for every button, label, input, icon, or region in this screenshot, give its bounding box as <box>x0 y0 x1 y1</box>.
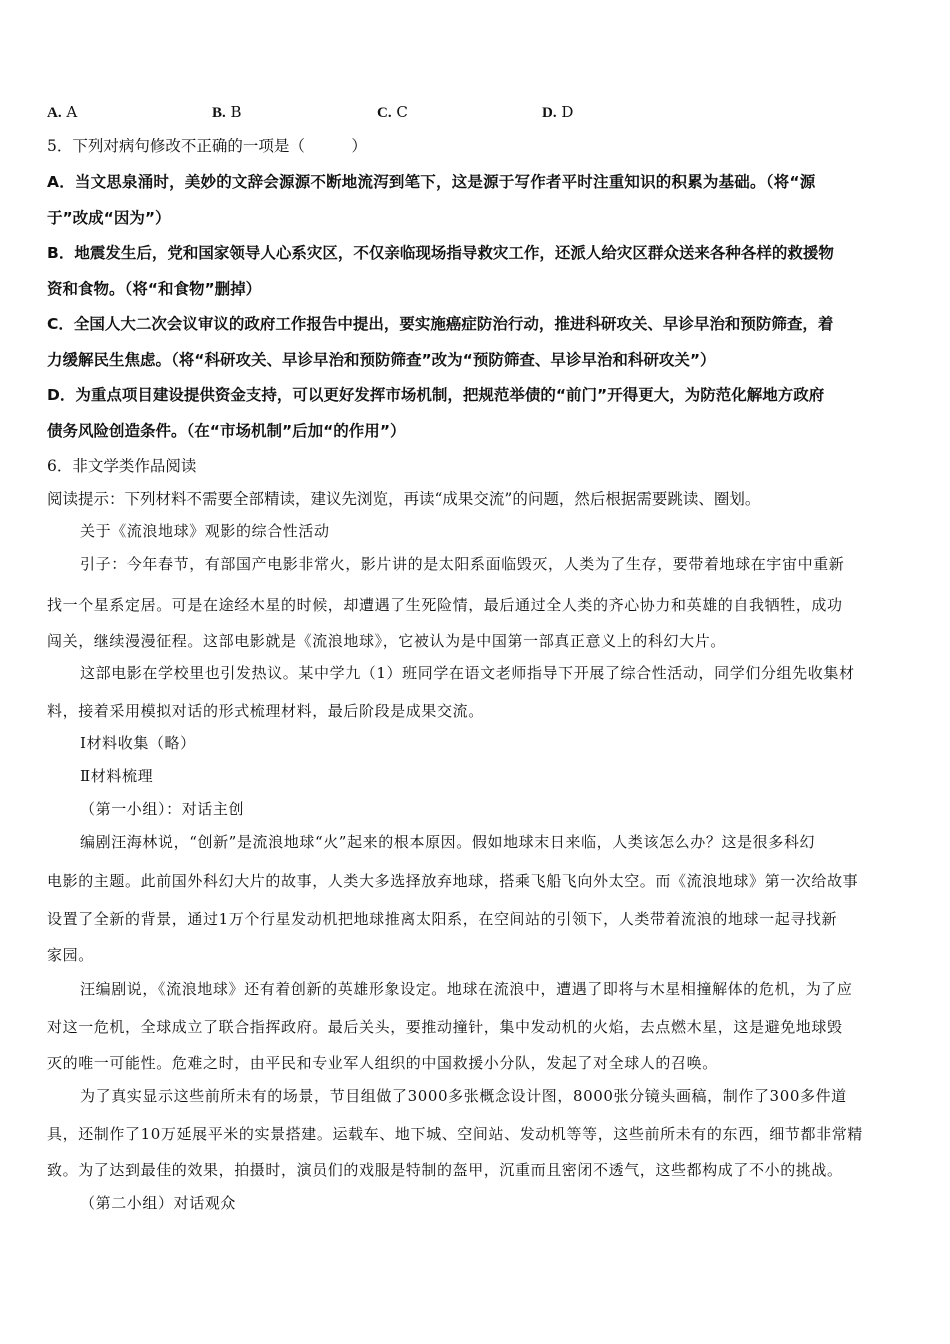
para4-line-1: 汪编剧说，《流浪地球》还有着创新的英雄形象设定。地球在流浪中，遭遇了即将与木星相… <box>80 979 853 999</box>
q4-option-b: B. B <box>212 103 242 122</box>
q4-option-c: C. C <box>377 103 408 122</box>
q5-option-a-line1: A．当文思泉涌时，美妙的文辞会源源不断地流泻到笔下，这是源于写作者平时注重知识的… <box>47 172 815 192</box>
group2-heading: （第二小组）对话观众 <box>80 1193 236 1213</box>
para3-line-4: 家园。 <box>47 945 94 965</box>
q5-option-d-line1: D．为重点项目建设提供资金支持，可以更好发挥市场机制，把规范举债的“前门”开得更… <box>47 385 824 405</box>
q5-option-c-line2: 力缓解民生焦虑。（将“科研攻关、早诊早治和预防筛查”改为“预防筛查、早诊早治和科… <box>47 350 716 370</box>
article-title: 关于《流浪地球》观影的综合性活动 <box>80 521 330 541</box>
para5-line-2: 具，还制作了10万延展平米的实景搭建。运载车、地下城、空间站、发动机等等，这些前… <box>47 1124 863 1144</box>
section-heading-1: Ⅰ材料收集（略） <box>80 733 196 753</box>
para5-line-1: 为了真实显示这些前所未有的场景，节目组做了3000多张概念设计图，8000张分镜… <box>80 1086 847 1106</box>
q6-reading-hint: 阅读提示：下列材料不需要全部精读，建议先浏览，再读“成果交流”的问题，然后根据需… <box>47 489 760 509</box>
q6-stem: 6．非文学类作品阅读 <box>47 456 196 476</box>
q5-option-d-line2: 债务风险创造条件。（在“市场机制”后加“的作用”） <box>47 421 406 441</box>
para3-line-1: 编剧汪海林说，“创新”是流浪地球“火”起来的根本原因。假如地球末日来临，人类该怎… <box>80 832 815 852</box>
para4-line-3: 灭的唯一可能性。危难之时，由平民和专业军人组织的中国救援小分队，发起了对全球人的… <box>47 1053 718 1073</box>
para5-line-3: 致。为了达到最佳的效果，拍摄时，演员们的戏服是特制的盔甲，沉重而且密闭不透气，这… <box>47 1160 843 1180</box>
q5-option-b-line2: 资和食物。（将“和食物”删掉） <box>47 279 261 299</box>
para3-line-3: 设置了全新的背景，通过1万个行星发动机把地球推离太阳系，在空间站的引领下，人类带… <box>47 909 837 929</box>
q5-stem: 5．下列对病句修改不正确的一项是（ ） <box>47 136 367 156</box>
intro-line-2: 找一个星系定居。可是在途经木星的时候，却遭遇了生死险情，最后通过全人类的齐心协力… <box>47 595 843 615</box>
para3-line-2: 电影的主题。此前国外科幻大片的故事，人类大多选择放弃地球，搭乘飞船飞向外太空。而… <box>47 871 858 891</box>
group1-heading: （第一小组）：对话主创 <box>80 799 244 819</box>
q5-option-c-line1: C．全国人大二次会议审议的政府工作报告中提出，要实施癌症防治行动，推进科研攻关、… <box>47 314 833 334</box>
para2-line-1: 这部电影在学校里也引发热议。某中学九（1）班同学在语文老师指导下开展了综合性活动… <box>80 663 855 683</box>
q4-option-a: A. A <box>47 103 77 122</box>
para2-line-2: 料，接着采用模拟对话的形式梳理材料，最后阶段是成果交流。 <box>47 701 484 721</box>
q4-option-d: D. D <box>542 103 573 122</box>
intro-line-3: 闯关，继续漫漫征程。这部电影就是《流浪地球》，它被认为是中国第一部真正意义上的科… <box>47 631 726 651</box>
para4-line-2: 对这一危机，全球成立了联合指挥政府。最后关头，要推动撞针，集中发动机的火焰，去点… <box>47 1017 843 1037</box>
q5-option-b-line1: B．地震发生后，党和国家领导人心系灾区，不仅亲临现场指导救灾工作，还派人给灾区群… <box>47 243 834 263</box>
section-heading-2: Ⅱ材料梳理 <box>80 766 153 786</box>
q5-option-a-line2: 于”改成“因为”） <box>47 208 171 228</box>
intro-line-1: 引子：今年春节，有部国产电影非常火，影片讲的是太阳系面临毁灭，人类为了生存，要带… <box>80 554 844 574</box>
